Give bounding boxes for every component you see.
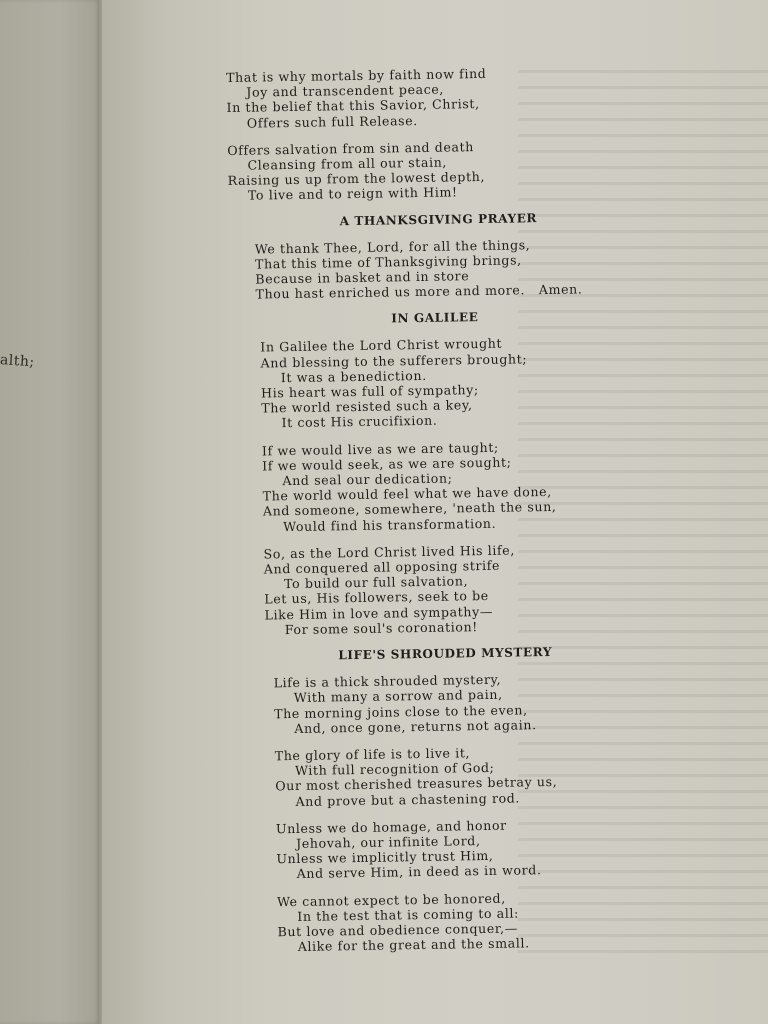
stanza: Offers salvation from sin and death Clea… [227,137,608,204]
left-page-text-fragment: alth; [0,352,35,370]
poem-lifes-shrouded-mystery: LIFE'S SHROUDED MYSTERY Life is a thick … [235,644,620,955]
poem-title: LIFE'S SHROUDED MYSTERY [235,644,615,664]
stanza: In Galilee the Lord Christ wrought And b… [260,334,611,431]
poem-continuation: That is why mortals by faith now find Jo… [226,64,608,204]
poem-thanksgiving-prayer: A THANKSGIVING PRAYER We thank Thee, Lor… [228,210,609,303]
stanza: If we would live as we are taught; If we… [262,438,613,535]
poem-in-galilee: IN GALILEE In Galilee the Lord Christ wr… [230,308,615,638]
poem-title: IN GALILEE [230,308,610,328]
stanza: Unless we do homage, and honor Jehovah, … [276,816,619,882]
stanza: We cannot expect to be honored, In the t… [277,888,620,954]
stanza: So, as the Lord Christ lived His life, A… [263,541,614,638]
poem-text-block: That is why mortals by faith now find Jo… [226,64,620,967]
stanza: We thank Thee, Lord, for all the things,… [255,236,610,302]
left-page: alth; [0,0,100,1024]
stanza: That is why mortals by faith now find Jo… [226,64,607,131]
stanza: The glory of life is to live it, With fu… [275,743,618,809]
stanza: Life is a thick shrouded mystery, With m… [274,670,617,736]
poem-title: A THANKSGIVING PRAYER [228,210,608,230]
